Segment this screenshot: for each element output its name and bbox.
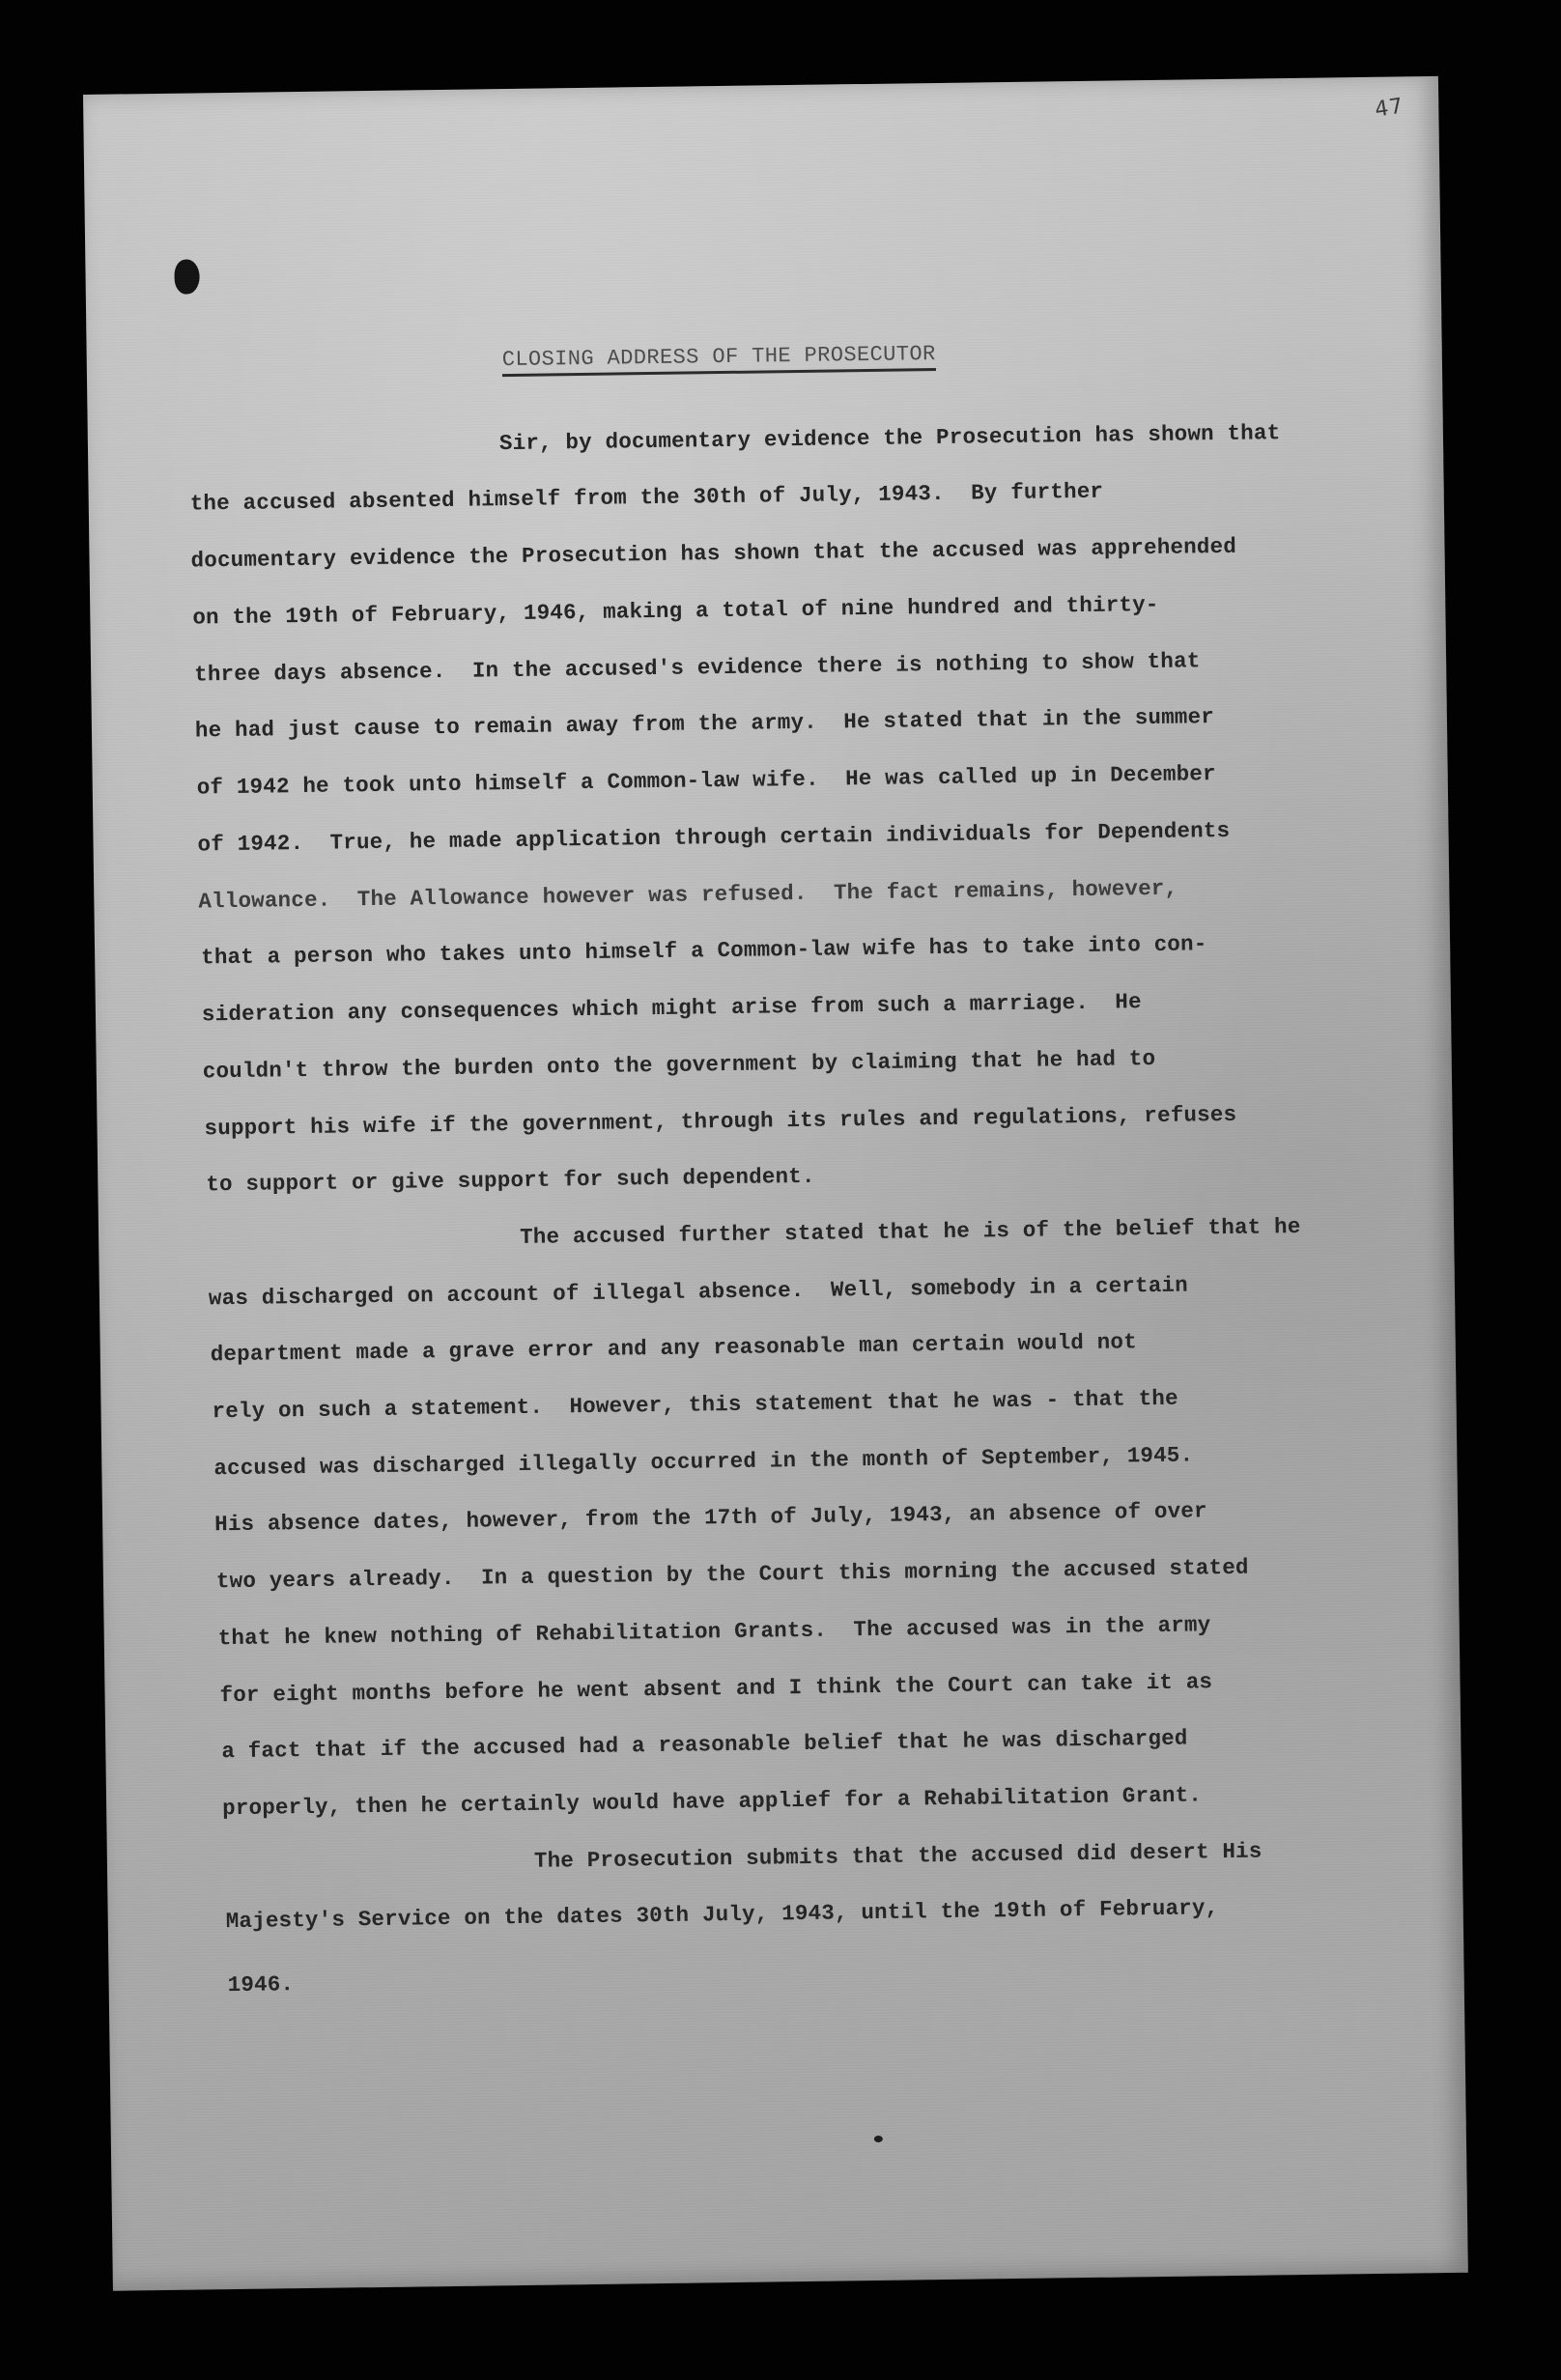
text-line: for eight months before he went absent a… <box>219 1667 1212 1710</box>
text-line: department made a grave error and any re… <box>211 1327 1137 1369</box>
ink-speck <box>874 2136 883 2142</box>
text-line: two years already. In a question by the … <box>216 1553 1249 1597</box>
text-line: on the 19th of February, 1946, making a … <box>192 590 1159 633</box>
text-line: of 1942. True, he made application throu… <box>197 816 1230 860</box>
text-line: documentary evidence the Prosecution has… <box>190 532 1236 576</box>
text-line: three days absence. In the accused's evi… <box>194 646 1201 689</box>
text-line: a fact that if the accused had a reasona… <box>221 1724 1188 1767</box>
punch-hole-mark <box>174 259 199 294</box>
text-line: sideration any consequences which might … <box>202 987 1142 1029</box>
text-line: The Prosecution submits that the accused… <box>534 1837 1263 1876</box>
text-line: he had just cause to remain away from th… <box>195 702 1214 745</box>
text-line: His absence dates, however, from the 17t… <box>214 1496 1207 1539</box>
text-line: Allowance. The Allowance however was ref… <box>198 874 1178 917</box>
text-line: The accused further stated that he is of… <box>520 1212 1301 1252</box>
text-line: was discharged on account of illegal abs… <box>209 1271 1188 1314</box>
text-line: that a person who takes unto himself a C… <box>201 929 1207 972</box>
text-line: support his wife if the government, thro… <box>204 1100 1236 1144</box>
text-line: the accused absented himself from the 30… <box>190 477 1104 519</box>
text-line: 1946. <box>227 1969 294 1999</box>
document-page: 47 CLOSING ADDRESS OF THE PROSECUTOR Sir… <box>83 76 1468 2291</box>
document-title: CLOSING ADDRESS OF THE PROSECUTOR <box>502 342 936 377</box>
text-line: accused was discharged illegally occurre… <box>213 1440 1193 1483</box>
text-line: couldn't throw the burden onto the gover… <box>203 1044 1156 1086</box>
page-number: 47 <box>1374 94 1405 122</box>
text-line: rely on such a statement. However, this … <box>212 1384 1178 1427</box>
text-line: to support or give support for such depe… <box>206 1162 815 1200</box>
text-line: that he knew nothing of Rehabilitation G… <box>218 1610 1211 1653</box>
text-line: Majesty's Service on the dates 30th July… <box>226 1893 1219 1936</box>
text-line: Sir, by documentary evidence the Prosecu… <box>499 418 1281 458</box>
text-line: of 1942 he took unto himself a Common-la… <box>197 759 1216 802</box>
text-line: properly, then he certainly would have a… <box>222 1780 1202 1823</box>
